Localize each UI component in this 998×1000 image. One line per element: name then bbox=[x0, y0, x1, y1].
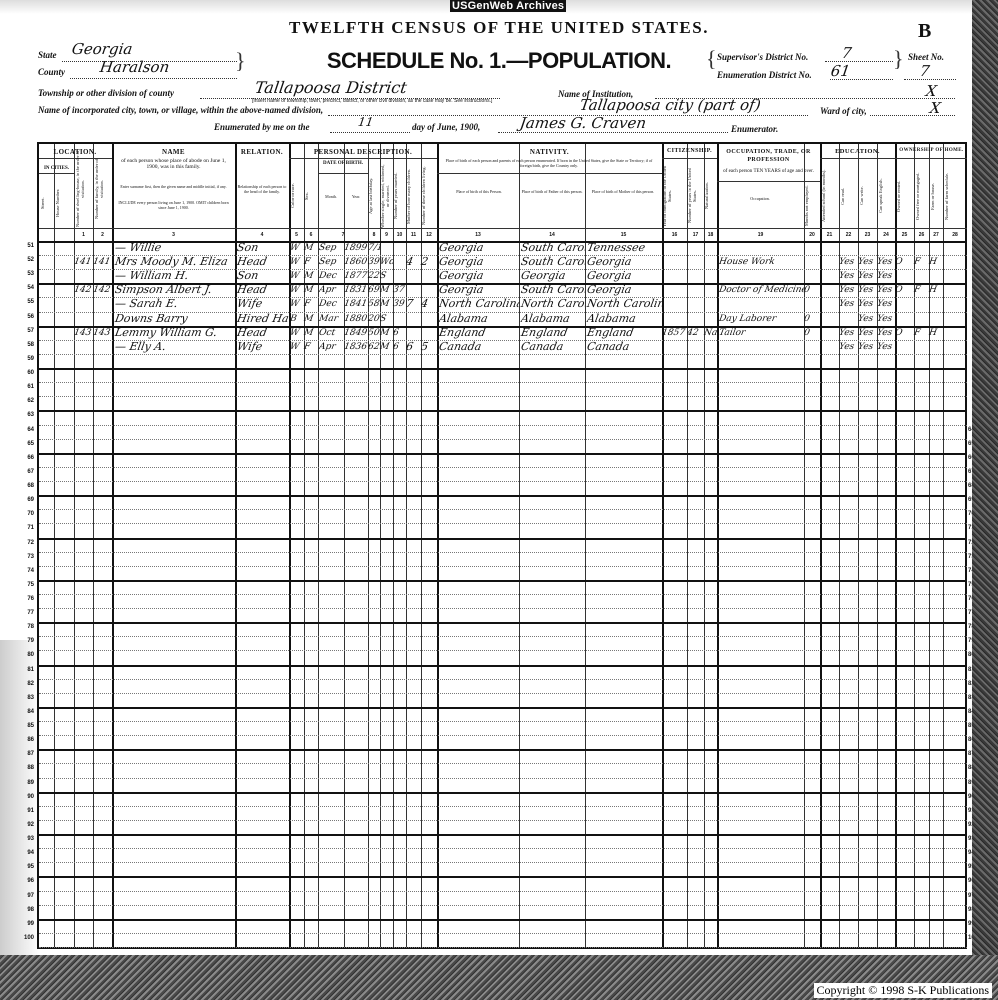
row-divider bbox=[39, 410, 967, 412]
row-divider bbox=[39, 594, 967, 595]
row-number: 86 bbox=[12, 737, 34, 743]
cell-farm bbox=[928, 340, 944, 354]
header-divider bbox=[318, 173, 368, 174]
header-sex: Sex. bbox=[304, 164, 317, 228]
copyright-notice: Copyright © 1998 S-K Publications bbox=[814, 983, 992, 998]
row-number: 89 bbox=[12, 780, 34, 786]
header-can-write: Can write. bbox=[859, 164, 877, 228]
header-ownership: OWNERSHIP OF HOME. bbox=[895, 148, 968, 153]
row-number: 91 bbox=[12, 808, 34, 814]
column-number: 20 bbox=[804, 232, 820, 238]
cell-living bbox=[420, 312, 438, 326]
township-value: Tallapoosa District bbox=[254, 78, 408, 97]
cell-name: — Willie bbox=[114, 241, 236, 255]
cell-family: 141 bbox=[92, 255, 113, 269]
cell-year: 1899 bbox=[343, 241, 369, 255]
column-number: 28 bbox=[943, 232, 967, 238]
cell-living bbox=[420, 326, 438, 340]
cell-occupation bbox=[718, 269, 805, 283]
header-relation: RELATION. bbox=[235, 148, 289, 156]
enumerated-day-line bbox=[330, 132, 410, 133]
district-brace-right: } bbox=[893, 46, 904, 72]
column-number: 8 bbox=[368, 232, 380, 238]
township-note: [Insert name of township, town, precinct… bbox=[252, 98, 492, 104]
cell-birth-father: South Carolina bbox=[520, 255, 586, 269]
row-divider bbox=[39, 905, 967, 906]
cell-birth-father: England bbox=[520, 326, 586, 340]
cell-month: Apr bbox=[318, 283, 345, 297]
cell-family bbox=[92, 269, 113, 283]
cell-birth-person: Georgia bbox=[438, 255, 520, 269]
cell-living: 4 bbox=[420, 297, 438, 311]
row-number: 76 bbox=[12, 596, 34, 602]
row-number: 93 bbox=[12, 836, 34, 842]
cell-month: Dec bbox=[318, 297, 345, 311]
header-date-of-birth: DATE OF BIRTH. bbox=[318, 161, 368, 167]
cell-occupation bbox=[718, 241, 805, 255]
cell-relation: Son bbox=[236, 269, 290, 283]
row-divider bbox=[39, 806, 967, 807]
header-occupation: OCCUPATION, TRADE, OR PROFESSION bbox=[717, 148, 820, 164]
enumerated-prefix: Enumerated by me on the bbox=[214, 122, 310, 132]
row-number: 95 bbox=[12, 864, 34, 870]
header-divider bbox=[289, 158, 437, 159]
row-number: 61 bbox=[12, 384, 34, 390]
row-number: 82 bbox=[12, 681, 34, 687]
row-divider bbox=[39, 636, 967, 637]
column-number: 10 bbox=[393, 232, 406, 238]
row-number: 100 bbox=[12, 935, 34, 941]
row-number: 70 bbox=[12, 511, 34, 517]
cell-immigration bbox=[661, 340, 688, 354]
state-county-brace: } bbox=[235, 48, 246, 74]
cell-relation: Wife bbox=[236, 297, 290, 311]
state-label: State bbox=[38, 50, 57, 60]
cell-living bbox=[420, 283, 438, 297]
column-number: 23 bbox=[858, 232, 877, 238]
cell-year: 1841 bbox=[343, 297, 369, 311]
row-number: 54 bbox=[12, 285, 34, 291]
cell-relation: Head bbox=[236, 283, 290, 297]
sheet-line bbox=[904, 79, 956, 80]
header-divider bbox=[895, 158, 967, 159]
supervisor-value: 7 bbox=[841, 44, 853, 62]
cell-year: 1836 bbox=[343, 340, 369, 354]
header-farm-schedule: Number of farm schedule. bbox=[944, 164, 966, 228]
column-number: 26 bbox=[914, 232, 929, 238]
row-divider bbox=[39, 721, 967, 722]
ward-value: X bbox=[929, 99, 942, 117]
column-number: 1 bbox=[74, 232, 93, 238]
row-divider bbox=[39, 749, 967, 751]
enumerated-suffix: day of June, 1900, bbox=[412, 122, 480, 132]
column-divider bbox=[943, 144, 944, 947]
cell-family bbox=[92, 312, 113, 326]
cell-name: Lemmy William G. bbox=[114, 326, 236, 340]
ward-label: Ward of city, bbox=[820, 106, 867, 116]
cell-farm: H bbox=[928, 326, 944, 340]
cell-relation: Head bbox=[236, 255, 290, 269]
row-number: 92 bbox=[12, 822, 34, 828]
county-value: Haralson bbox=[99, 58, 171, 76]
row-number: 64 bbox=[12, 427, 34, 433]
header-divider bbox=[437, 173, 662, 174]
cell-sex: M bbox=[303, 283, 319, 297]
cell-naturalization bbox=[703, 340, 718, 354]
row-number: 77 bbox=[12, 610, 34, 616]
row-number: 90 bbox=[12, 794, 34, 800]
row-divider bbox=[39, 778, 967, 779]
header-farm-house: Farm or house. bbox=[930, 164, 943, 228]
row-divider bbox=[39, 891, 967, 892]
cell-farm bbox=[928, 297, 944, 311]
row-number: 74 bbox=[12, 568, 34, 574]
column-number: 16 bbox=[662, 232, 687, 238]
cell-living bbox=[420, 269, 438, 283]
cell-occupation bbox=[718, 340, 805, 354]
cell-family: 142 bbox=[92, 283, 113, 297]
row-divider bbox=[39, 382, 967, 383]
header-years-married: Number of years married. bbox=[393, 164, 406, 228]
county-line bbox=[70, 78, 237, 79]
cell-relation: Hired Hand bbox=[236, 312, 290, 326]
column-number: 13 bbox=[437, 232, 519, 238]
header-house-number: House Number. bbox=[55, 178, 73, 228]
supervisor-label: Supervisor's District No. bbox=[717, 52, 808, 62]
row-divider bbox=[39, 820, 967, 821]
cell-birth-mother: Tennessee bbox=[586, 241, 663, 255]
header-dwelling: Number of dwelling-house, in the order o… bbox=[75, 150, 93, 228]
sheet-letter: B bbox=[918, 20, 931, 43]
city-value: Tallapoosa city (part of) bbox=[579, 96, 762, 114]
row-divider bbox=[39, 919, 967, 921]
header-relation-sub: Relationship of each person to the head … bbox=[237, 184, 287, 194]
row-number: 80 bbox=[12, 652, 34, 658]
header-can-speak-english: Can speak English. bbox=[878, 164, 895, 228]
row-number: 88 bbox=[12, 765, 34, 771]
column-number: 5 bbox=[289, 232, 304, 238]
header-children-living: Number of these children living. bbox=[421, 164, 436, 228]
column-number: 22 bbox=[839, 232, 858, 238]
row-number: 60 bbox=[12, 370, 34, 376]
cell-occupation: Tailor bbox=[718, 326, 805, 340]
row-number: 51 bbox=[12, 243, 34, 249]
city-label: Name of incorporated city, town, or vill… bbox=[38, 105, 323, 115]
row-number: 66 bbox=[12, 455, 34, 461]
cell-name: — William H. bbox=[114, 269, 236, 283]
cell-name: — Sarah E. bbox=[114, 297, 236, 311]
cell-birth-person: Georgia bbox=[438, 269, 520, 283]
cell-birth-father: Georgia bbox=[520, 269, 586, 283]
row-divider bbox=[39, 552, 967, 553]
cell-sex: M bbox=[303, 312, 319, 326]
row-divider bbox=[39, 467, 967, 468]
row-divider bbox=[39, 622, 967, 624]
header-years-in-us: Number of years in the United States. bbox=[687, 164, 703, 228]
cell-month: Sep bbox=[318, 255, 345, 269]
header-family: Number of family, in the order of visita… bbox=[94, 150, 112, 228]
row-number: 97 bbox=[12, 893, 34, 899]
column-number: 12 bbox=[421, 232, 437, 238]
header-mother-of: Mother of how many children. bbox=[406, 164, 420, 228]
row-divider bbox=[39, 693, 967, 694]
row-number: 98 bbox=[12, 907, 34, 913]
cell-birth-mother: Georgia bbox=[586, 255, 663, 269]
cell-immigration bbox=[661, 269, 688, 283]
row-number: 78 bbox=[12, 624, 34, 630]
header-birth-mother: Place of birth of Mother of this person. bbox=[586, 189, 660, 194]
enumeration-value: 61 bbox=[830, 62, 852, 80]
row-divider bbox=[39, 481, 967, 482]
row-divider bbox=[39, 862, 967, 863]
cell-month: Mar bbox=[318, 312, 345, 326]
cell-farm: H bbox=[928, 255, 944, 269]
column-number: 14 bbox=[519, 232, 585, 238]
header-can-read: Can read. bbox=[840, 164, 858, 228]
column-number: 27 bbox=[929, 232, 943, 238]
column-number: 19 bbox=[717, 232, 804, 238]
row-number: 52 bbox=[12, 257, 34, 263]
header-nativity: NATIVITY. bbox=[437, 148, 662, 156]
cell-occupation: House Work bbox=[718, 255, 805, 269]
header-month: Month. bbox=[318, 194, 344, 200]
column-number: 7 bbox=[318, 232, 368, 238]
cell-name: Downs Barry bbox=[114, 312, 236, 326]
row-number: 71 bbox=[12, 525, 34, 531]
header-marital: Whether single, married, widowed, or div… bbox=[380, 164, 393, 228]
header-name-sub3: INCLUDE every person living on June 1, 1… bbox=[117, 200, 230, 210]
enumeration-label: Enumeration District No. bbox=[717, 70, 812, 80]
header-free-mortgaged: Owned free or mortgaged. bbox=[915, 164, 929, 228]
cell-farm bbox=[928, 241, 944, 255]
cell-month: Sep bbox=[318, 241, 345, 255]
row-number: 58 bbox=[12, 342, 34, 348]
row-number: 99 bbox=[12, 921, 34, 927]
column-number: 15 bbox=[585, 232, 662, 238]
row-number: 57 bbox=[12, 328, 34, 334]
row-divider bbox=[39, 608, 967, 609]
header-divider bbox=[39, 173, 74, 174]
row-divider bbox=[39, 665, 967, 667]
header-education: EDUCATION. bbox=[820, 148, 895, 155]
cell-relation: Son bbox=[236, 241, 290, 255]
row-divider bbox=[39, 580, 967, 582]
cell-year: 1860 bbox=[343, 255, 369, 269]
column-divider bbox=[54, 144, 55, 947]
row-divider bbox=[39, 566, 967, 567]
cell-living bbox=[420, 241, 438, 255]
row-number: 81 bbox=[12, 667, 34, 673]
cell-naturalization bbox=[703, 312, 718, 326]
cell-sex: M bbox=[303, 326, 319, 340]
cell-month: Dec bbox=[318, 269, 345, 283]
cell-year: 1877 bbox=[343, 269, 369, 283]
cell-occupation bbox=[718, 297, 805, 311]
row-divider bbox=[39, 650, 967, 651]
cell-year: 1849 bbox=[343, 326, 369, 340]
column-number: 4 bbox=[235, 232, 289, 238]
header-divider bbox=[39, 228, 967, 229]
header-divider bbox=[804, 181, 820, 182]
cell-owned bbox=[894, 312, 915, 326]
row-number: 67 bbox=[12, 469, 34, 475]
row-divider bbox=[39, 439, 967, 440]
row-number: 96 bbox=[12, 878, 34, 884]
row-divider bbox=[39, 396, 967, 397]
row-number: 79 bbox=[12, 638, 34, 644]
cell-naturalization bbox=[703, 241, 718, 255]
cell-living: 2 bbox=[420, 255, 438, 269]
enumerated-day: 11 bbox=[357, 115, 374, 129]
header-occupation-col: Occupation. bbox=[717, 196, 803, 202]
row-divider bbox=[39, 834, 967, 836]
cell-month: Apr bbox=[318, 340, 345, 354]
cell-birth-father: Canada bbox=[520, 340, 586, 354]
cell-birth-mother: Canada bbox=[586, 340, 663, 354]
column-number: 2 bbox=[93, 232, 112, 238]
row-divider bbox=[39, 495, 967, 497]
cell-write: Yes bbox=[857, 312, 878, 326]
header-street: Street. bbox=[40, 178, 53, 228]
row-number: 73 bbox=[12, 554, 34, 560]
header-citizenship: CITIZENSHIP. bbox=[662, 148, 717, 154]
row-divider bbox=[39, 509, 967, 510]
row-number: 87 bbox=[12, 751, 34, 757]
row-number: 84 bbox=[12, 709, 34, 715]
row-divider bbox=[39, 933, 967, 934]
cell-sex: M bbox=[303, 241, 319, 255]
row-number: 83 bbox=[12, 695, 34, 701]
column-number: 17 bbox=[687, 232, 704, 238]
cell-family bbox=[92, 340, 113, 354]
district-brace-left: { bbox=[706, 46, 717, 72]
row-divider bbox=[39, 763, 967, 764]
ward-line bbox=[870, 115, 955, 116]
row-divider bbox=[39, 425, 967, 426]
cell-immigration bbox=[661, 312, 688, 326]
row-number: 62 bbox=[12, 398, 34, 404]
cell-occupation: Day Laborer bbox=[718, 312, 805, 326]
row-number: 65 bbox=[12, 441, 34, 447]
cell-name: Mrs Moody M. Eliza bbox=[114, 255, 236, 269]
cell-year: 1831 bbox=[343, 283, 369, 297]
cell-family bbox=[92, 297, 113, 311]
row-number: 75 bbox=[12, 582, 34, 588]
cell-birth-person: England bbox=[438, 326, 520, 340]
header-occupation-sub: of each person TEN YEARS of age and over… bbox=[721, 169, 816, 175]
cell-immigration bbox=[661, 283, 688, 297]
column-number: 3 bbox=[112, 232, 235, 238]
cell-dwelling bbox=[73, 312, 94, 326]
cell-living: 5 bbox=[420, 340, 438, 354]
cell-relation: Wife bbox=[236, 340, 290, 354]
cell-naturalization bbox=[703, 297, 718, 311]
row-number: 63 bbox=[12, 412, 34, 418]
cell-birth-mother: Georgia bbox=[586, 283, 663, 297]
cell-farm bbox=[928, 312, 944, 326]
cell-name: Simpson Albert J. bbox=[114, 283, 236, 297]
cell-sex: M bbox=[303, 269, 319, 283]
cell-birth-person: Canada bbox=[438, 340, 520, 354]
cell-birth-father: North Carolina bbox=[520, 297, 586, 311]
cell-birth-person: Georgia bbox=[438, 283, 520, 297]
row-number: 53 bbox=[12, 271, 34, 277]
sheet-label: Sheet No. bbox=[908, 52, 944, 62]
census-form-grid: LOCATION. IN CITIES. NAME of each person… bbox=[37, 142, 967, 949]
column-number: 24 bbox=[877, 232, 895, 238]
column-number: 6 bbox=[304, 232, 318, 238]
header-name-sub1: of each person whose place of abode on J… bbox=[117, 158, 230, 170]
cell-name: — Elly A. bbox=[114, 340, 236, 354]
row-number: 85 bbox=[12, 723, 34, 729]
scan-right-edge bbox=[972, 0, 998, 1000]
row-divider bbox=[39, 523, 967, 524]
enumerator-name: James G. Craven bbox=[519, 114, 648, 132]
header-owned-rented: Owned or rented. bbox=[896, 164, 914, 228]
row-number: 55 bbox=[12, 299, 34, 305]
header-name: NAME bbox=[112, 148, 235, 156]
cell-birth-person: Georgia bbox=[438, 241, 520, 255]
cell-birth-mother: Georgia bbox=[586, 269, 663, 283]
column-number: 9 bbox=[380, 232, 393, 238]
header-name-sub2: Enter surname first, then the given name… bbox=[117, 184, 230, 189]
cell-birth-mother: Alabama bbox=[586, 312, 663, 326]
cell-immigration bbox=[661, 255, 688, 269]
cell-birth-person: North Carolina bbox=[438, 297, 520, 311]
row-divider bbox=[39, 848, 967, 849]
header-age: Age at last birthday. bbox=[368, 164, 380, 228]
column-number: 25 bbox=[895, 232, 914, 238]
cell-naturalization: Na bbox=[703, 326, 718, 340]
enumerator-line bbox=[498, 132, 728, 133]
county-label: County bbox=[38, 67, 65, 77]
cell-naturalization bbox=[703, 269, 718, 283]
header-in-cities: IN CITIES. bbox=[39, 166, 74, 172]
cell-birth-mother: England bbox=[586, 326, 663, 340]
row-number: 68 bbox=[12, 483, 34, 489]
header-attended-school: Attended school (in months). bbox=[821, 164, 839, 228]
cell-sex: F bbox=[303, 255, 319, 269]
header-color: Color or race. bbox=[290, 164, 303, 228]
row-divider bbox=[39, 735, 967, 736]
cell-school bbox=[819, 312, 840, 326]
column-number: 18 bbox=[704, 232, 717, 238]
cell-year: 1880 bbox=[343, 312, 369, 326]
cell-farm bbox=[928, 269, 944, 283]
cell-immigration bbox=[661, 241, 688, 255]
cell-naturalization bbox=[703, 283, 718, 297]
institution-value: X bbox=[925, 82, 938, 100]
cell-sex: F bbox=[303, 340, 319, 354]
cell-immigration: 1857 bbox=[661, 326, 688, 340]
state-value: Georgia bbox=[71, 40, 134, 58]
header-birth-father: Place of birth of Father of this person. bbox=[520, 189, 584, 194]
census-title: TWELFTH CENSUS OF THE UNITED STATES. bbox=[0, 18, 998, 38]
cell-family bbox=[92, 241, 113, 255]
cell-read bbox=[838, 312, 859, 326]
row-number: 94 bbox=[12, 850, 34, 856]
row-number: 59 bbox=[12, 356, 34, 362]
cell-birth-father: South Carolina bbox=[520, 283, 586, 297]
row-number: 72 bbox=[12, 540, 34, 546]
township-label: Township or other division of county bbox=[38, 88, 174, 98]
header-divider bbox=[662, 158, 717, 159]
watermark: USGenWeb Archives bbox=[450, 0, 566, 12]
row-divider bbox=[39, 453, 967, 455]
row-divider bbox=[39, 538, 967, 540]
cell-sex: F bbox=[303, 297, 319, 311]
cell-birth-person: Alabama bbox=[438, 312, 520, 326]
